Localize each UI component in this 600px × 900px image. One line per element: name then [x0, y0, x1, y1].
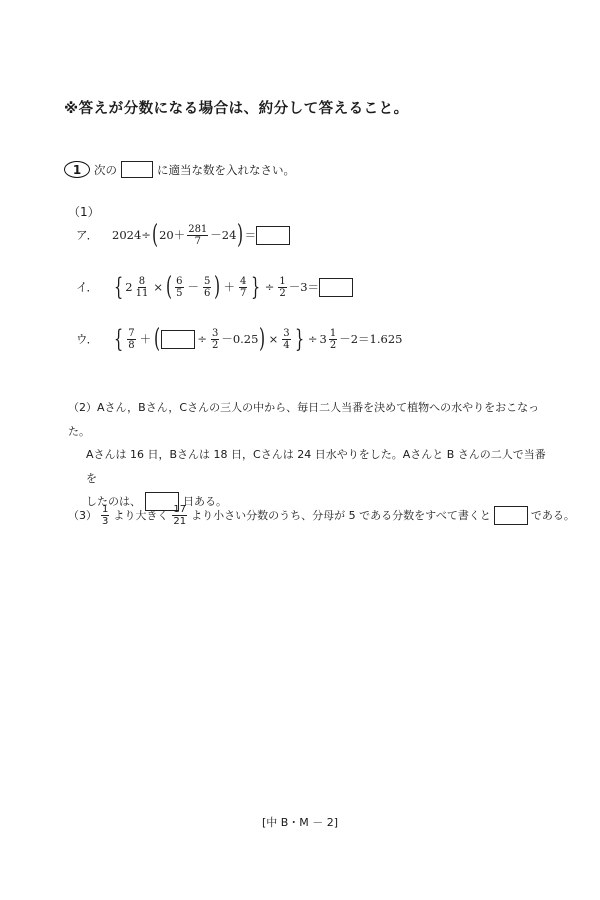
problem-1a: ア． 2024÷ ( 20＋ 281 7 －24 ) ＝ — [76, 222, 290, 248]
fraction: 1 3 — [101, 504, 109, 527]
right-brace: } — [295, 327, 304, 351]
operator: × — [269, 332, 279, 346]
right-brace: } — [251, 275, 260, 299]
operator: ＋ — [224, 279, 236, 295]
fraction: 6 5 — [175, 276, 183, 299]
right-paren: ) — [214, 274, 220, 300]
expr-text: －0.25 — [221, 331, 258, 347]
part-3-label: （3） — [68, 504, 97, 528]
fraction: 1 2 — [278, 276, 286, 299]
notice-text: ※答えが分数になる場合は、約分して答えること。 — [64, 97, 409, 118]
operator: － — [188, 279, 200, 295]
left-paren: ( — [166, 274, 172, 300]
problem-3: （3） 1 3 より大きく 17 21 より小さい分数のうち、分母が 5 である… — [68, 504, 575, 528]
fraction: 7 8 — [127, 328, 135, 351]
answer-box-3[interactable] — [494, 506, 528, 525]
fraction: 3 2 — [211, 328, 219, 351]
problem-label: ウ． — [76, 331, 112, 347]
left-paren: ( — [154, 326, 160, 352]
expr-text: －3＝ — [289, 279, 319, 295]
expr-text: 20＋ — [159, 227, 185, 243]
expr-text: －2＝1.625 — [339, 331, 402, 347]
example-answer-box — [121, 161, 153, 178]
expr-text: 2024÷ — [112, 228, 151, 242]
fraction: 281 7 — [187, 224, 208, 247]
problem-2: （2）Aさん，Bさん，Cさんの三人の中から、毎日二人当番を決めて植物への水やりを… — [68, 396, 548, 514]
expr-text: である。 — [531, 504, 575, 528]
page-footer: [中 B・M － 2] — [0, 814, 600, 830]
expr-text: －24 — [210, 227, 236, 243]
part-2-label: （2） — [68, 401, 97, 414]
mixed-number: 2 8 11 — [125, 276, 151, 299]
left-brace: { — [114, 275, 123, 299]
operator: ÷ — [308, 332, 318, 346]
problem-2-line-1: Aさん，Bさん，Cさんの三人の中から、毎日二人当番を決めて植物への水やりをおこな… — [68, 401, 539, 438]
problem-1c: ウ． { 7 8 ＋ ( ÷ 3 2 －0.25 ) × 3 4 } ÷ 3 1… — [76, 326, 402, 352]
answer-box-1c[interactable] — [161, 330, 195, 349]
problem-label: イ． — [76, 279, 112, 295]
equals: ＝ — [245, 227, 257, 243]
fraction: 4 7 — [239, 276, 247, 299]
problem-2-line-2: Aさんは 16 日，Bさんは 18 日，Cさんは 24 日水やりをした。Aさんと… — [68, 443, 548, 490]
expr-text: より大きく — [113, 504, 168, 528]
fraction: 5 6 — [203, 276, 211, 299]
instruction-pre: 次の — [94, 162, 117, 178]
answer-box-1a[interactable] — [256, 226, 290, 245]
right-paren: ) — [259, 326, 265, 352]
left-brace: { — [114, 327, 123, 351]
operator: ÷ — [265, 280, 275, 294]
instruction-post: に適当な数を入れなさい。 — [157, 162, 295, 178]
question-number-badge: 1 — [64, 161, 90, 178]
problem-label: ア． — [76, 227, 112, 243]
part-1-label: （1） — [68, 203, 100, 220]
mixed-number: 3 1 2 — [320, 328, 340, 351]
answer-box-1b[interactable] — [319, 278, 353, 297]
expr-text: より小さい分数のうち、分母が 5 である分数をすべて書くと — [191, 504, 491, 528]
operator: × — [153, 280, 163, 294]
left-paren: ( — [152, 222, 158, 248]
operator: ÷ — [197, 332, 207, 346]
operator: ＋ — [140, 331, 152, 347]
fraction: 3 4 — [282, 328, 290, 351]
problem-1b: イ． { 2 8 11 × ( 6 5 － 5 6 ) ＋ 4 7 } ÷ 1 … — [76, 274, 353, 300]
question-1-header: 1 次の に適当な数を入れなさい。 — [64, 161, 295, 178]
right-paren: ) — [237, 222, 243, 248]
fraction: 17 21 — [172, 504, 187, 527]
